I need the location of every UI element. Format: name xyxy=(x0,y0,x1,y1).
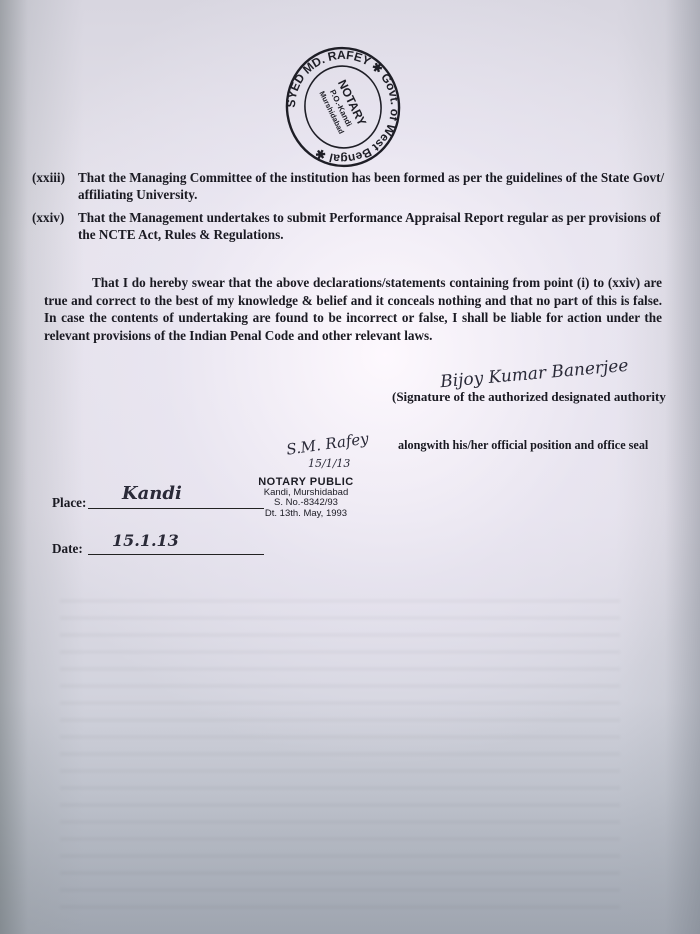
show-through-text xyxy=(60,600,620,920)
seal-label: alongwith his/her official position and … xyxy=(398,438,648,453)
place-value: Kandi xyxy=(122,483,182,504)
place-label: Place: xyxy=(52,495,86,510)
clause-text: That the Management undertakes to submit… xyxy=(78,209,672,243)
notary-title: NOTARY PUBLIC xyxy=(246,477,366,488)
signature-label: (Signature of the authorized designated … xyxy=(392,389,666,405)
date-label: Date: xyxy=(52,541,83,556)
place-underline xyxy=(88,508,264,509)
handwritten-signature: Bijoy Kumar Banerjee xyxy=(439,356,629,392)
notary-date-handwritten: 15/1/13 xyxy=(308,459,350,470)
date-value: 15.1.13 xyxy=(112,531,179,550)
date-field: Date: 15.1.13 xyxy=(52,541,83,557)
clause-number: (xxiv) xyxy=(32,209,64,226)
notary-line: Dt. 13th. May, 1993 xyxy=(246,509,366,520)
declaration-text: That I do hereby swear that the above de… xyxy=(44,275,662,343)
stamp-seal-icon: SYED MD. RAFEY ✱ Govt. of West Bengal ✱ … xyxy=(282,46,404,168)
notary-initials: S.M. Rafey xyxy=(286,433,370,455)
date-underline xyxy=(88,554,264,555)
declaration-paragraph: That I do hereby swear that the above de… xyxy=(44,274,662,344)
clause-number: (xxiii) xyxy=(32,169,65,186)
notary-line: S. No.-8342/93 xyxy=(246,498,366,509)
clause-text: That the Managing Committee of the insti… xyxy=(78,169,672,203)
notary-public-seal: S.M. Rafey 15/1/13 NOTARY PUBLIC Kandi, … xyxy=(246,477,366,519)
place-field: Place: Kandi xyxy=(52,495,86,511)
notary-round-stamp: SYED MD. RAFEY ✱ Govt. of West Bengal ✱ … xyxy=(282,46,404,168)
